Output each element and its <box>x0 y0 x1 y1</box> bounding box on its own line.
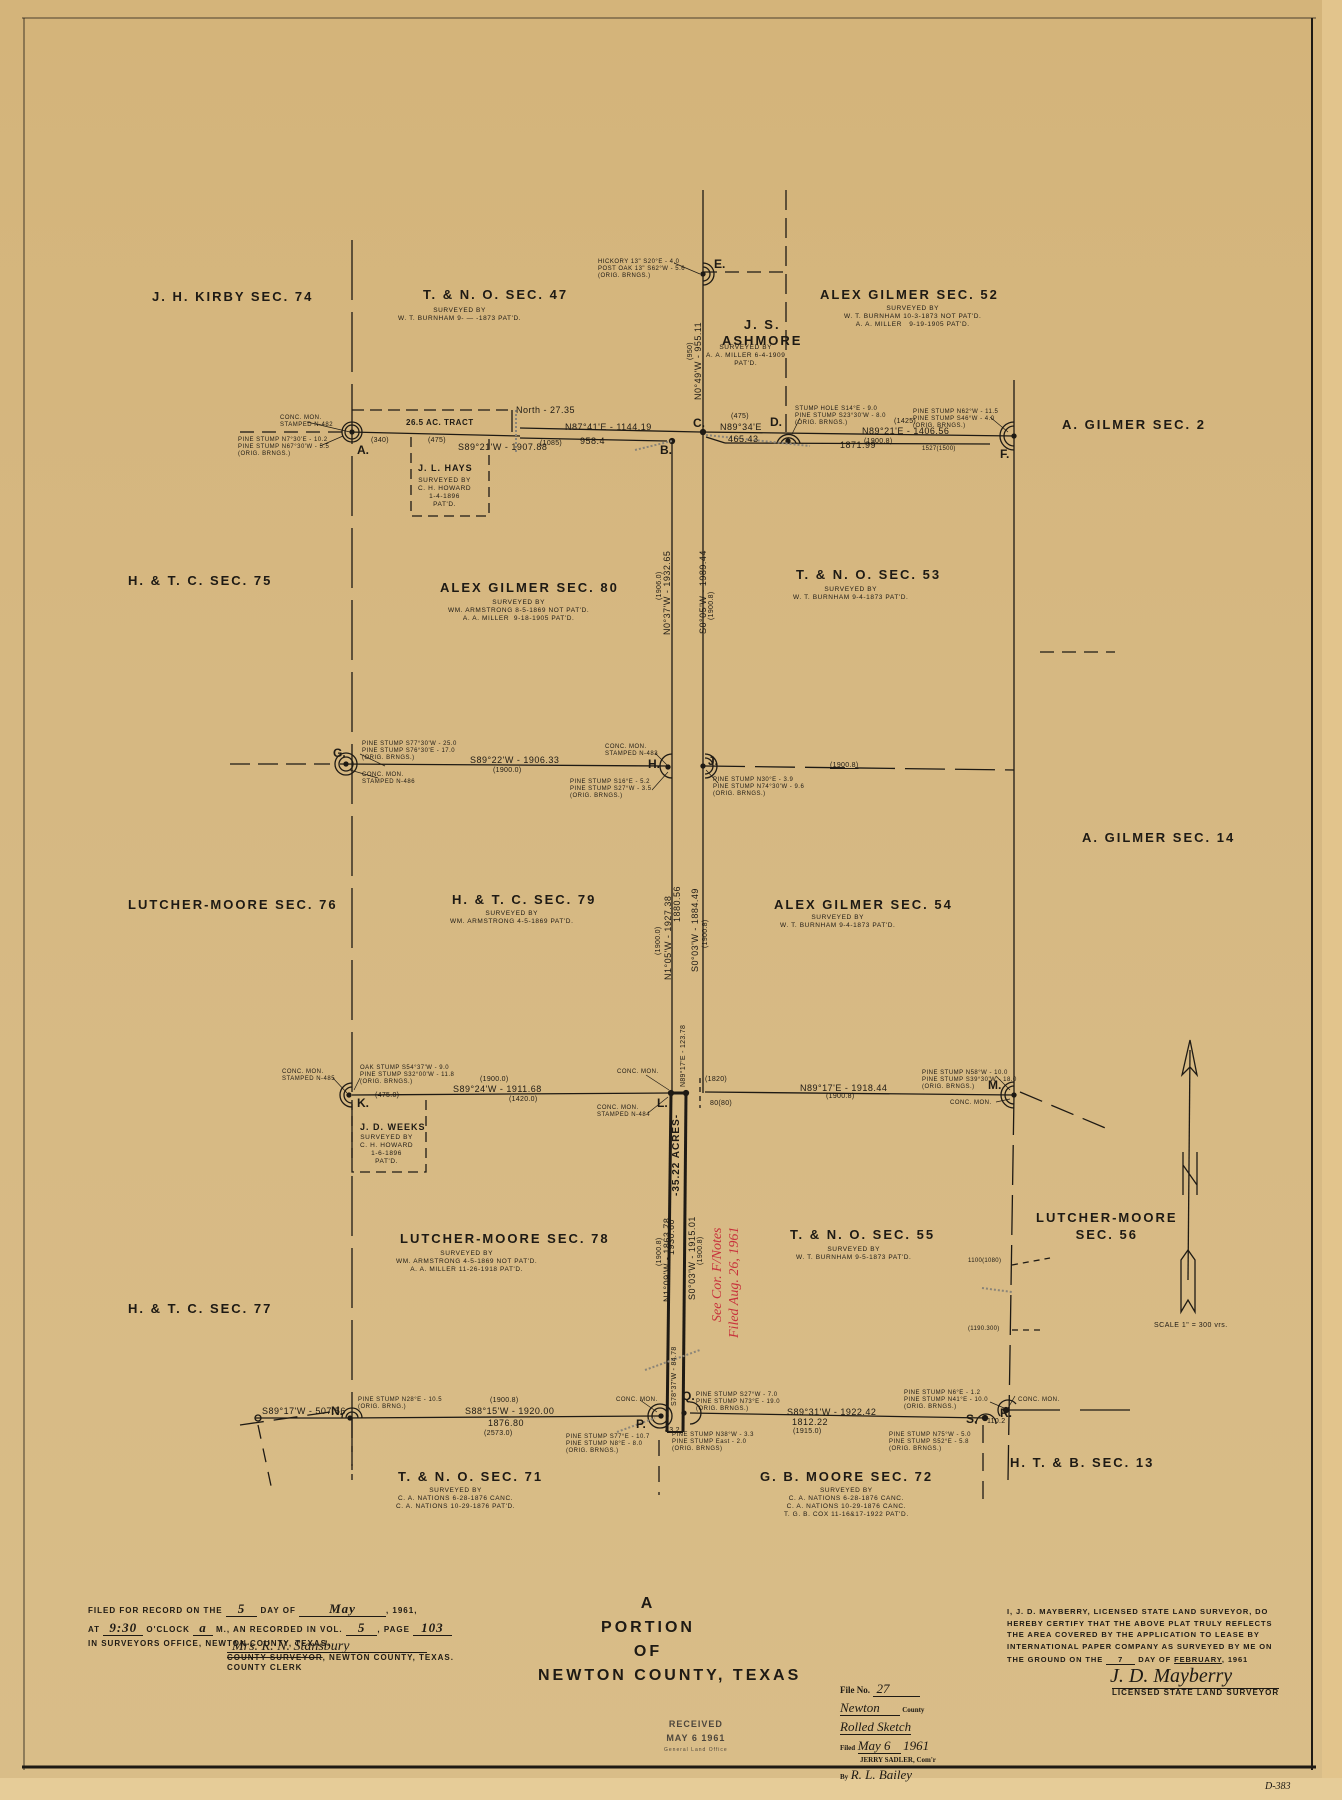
corner-d: D. <box>770 416 782 428</box>
bearing-north-27-35: North - 27.35 <box>516 406 575 415</box>
certificate-date: THE GROUND ON THE 7 DAY OF FEBRUARY, 196… <box>1007 1654 1248 1666</box>
distance-1085: (1085) <box>540 440 562 447</box>
title-line-3: OF <box>538 1640 758 1664</box>
corner-p: P. <box>636 1418 646 1430</box>
bearing-c-d: N89°34'E <box>720 423 762 432</box>
distance-1425: (1425) <box>894 418 916 425</box>
title-line-4: NEWTON COUNTY, TEXAS <box>538 1664 758 1688</box>
corner-d-bearing-trees: STUMP HOLE S14°E - 9.0 PINE STUMP S23°30… <box>795 406 886 428</box>
filing-text: M., AN RECORDED IN VOL. <box>216 1625 343 1634</box>
distance-1190: (1190.300) <box>968 1326 1000 1332</box>
bearing-n-p: S88°15'W - 1920.00 <box>465 1407 554 1416</box>
section-gilmer-2: A. GILMER SEC. 2 <box>1062 418 1206 431</box>
cert-text: THE GROUND ON THE <box>1007 1655 1103 1664</box>
corner-l: L. <box>657 1097 668 1109</box>
distance-l-m-record: (1900.8) <box>826 1093 854 1100</box>
bearing-c-e: N0°49'W - 955.11 <box>694 322 703 400</box>
clerk-county: , NEWTON COUNTY, TEXAS. <box>323 1653 454 1662</box>
distance-l-q-record: (1900.8) <box>697 1237 704 1265</box>
map-scale: SCALE 1" = 300 vrs. <box>1154 1322 1228 1329</box>
section-gilmer-54-surveyed: SURVEYED BY W. T. BURNHAM 9-4-1873 PAT'D… <box>780 914 895 930</box>
bearing-l-q: S0°03'W - 1915.01 <box>688 1216 697 1300</box>
commissioner: JERRY SADLER, Com'r <box>840 1755 936 1765</box>
distance-110-2: 110.2 <box>987 1418 1006 1425</box>
distance-950: (950) <box>687 342 694 360</box>
red-annotation-line2: Filed Aug. 26, 1961 <box>728 1227 742 1338</box>
clerk-title-block: COUNTY SURVEYOR, NEWTON COUNTY, TEXAS. C… <box>227 1652 427 1672</box>
corner-k-bearing-trees: OAK STUMP S54°37'W - 9.0 PINE STUMP S32°… <box>360 1065 454 1087</box>
county-label: County <box>902 1706 924 1714</box>
distance-2573: (2573.0) <box>484 1430 512 1437</box>
cert-text: DAY OF <box>1138 1655 1171 1664</box>
section-gilmer-52-surveyed: SURVEYED BY W. T. BURNHAM 10-3-1873 NOT … <box>844 305 981 329</box>
filing-day: 5 <box>226 1601 258 1617</box>
section-tno-71-surveyed: SURVEYED BY C. A. NATIONS 6-28-1876 CANC… <box>396 1487 515 1511</box>
distance-1527: 1527(1500) <box>922 446 956 452</box>
red-annotation-line1: See Cor. F/Notes <box>709 1228 727 1323</box>
corner-m-bearing-trees: PINE STUMP N58°W - 10.0 PINE STUMP S39°3… <box>922 1070 1017 1092</box>
section-lutcher-76: LUTCHER-MOORE SEC. 76 <box>128 898 338 911</box>
surveyor-signature: J. D. Mayberry <box>1110 1666 1232 1686</box>
section-htc-75: H. & T. C. SEC. 75 <box>128 574 272 587</box>
corner-q-bearing-trees: PINE STUMP S27°W - 7.0 PINE STUMP N73°E … <box>696 1392 780 1414</box>
tract-26-5-acres: 26.5 AC. TRACT <box>406 419 474 427</box>
received-date: MAY 6 1961 <box>664 1731 728 1745</box>
cert-day: 7 <box>1106 1655 1135 1665</box>
bearing-b-c: N87°41'E - 1144.19 <box>565 423 652 432</box>
distance-958: 958.4 <box>580 437 605 446</box>
section-gilmer-52: ALEX GILMER SEC. 52 <box>820 288 999 301</box>
section-jd-weeks: J. D. WEEKS <box>360 1123 426 1132</box>
bearing-c-j: S0°05'W - 1989.44 <box>699 550 708 634</box>
acreage-label: -35.22 ACRES- <box>672 1114 682 1196</box>
section-tno-47-surveyed: SURVEYED BY W. T. BURNHAM 9- — -1873 PAT… <box>398 307 521 323</box>
map-title: A PORTION OF NEWTON COUNTY, TEXAS <box>538 1592 758 1688</box>
corner-r-bearing-trees: PINE STUMP N6°E - 1.2 PINE STUMP N41°E -… <box>904 1390 988 1412</box>
distance-l-p-record: (1900.8) <box>656 1238 663 1266</box>
bearing-n-west: S89°17'W - 507.56 <box>262 1407 346 1416</box>
file-number: 27 <box>873 1681 920 1697</box>
received-office: General Land Office <box>664 1746 728 1754</box>
corner-e: E. <box>714 258 725 270</box>
section-ashmore-surveyed: SURVEYED BY A. A. MILLER 6-4-1909 PAT'D. <box>706 344 785 368</box>
filing-text: , PAGE <box>377 1625 410 1634</box>
distance-k-l-record: (1900.0) <box>480 1076 508 1083</box>
section-tno-71: T. & N. O. SEC. 71 <box>398 1470 543 1483</box>
filing-ampm: a <box>193 1620 213 1636</box>
distance-h-l-record: (1900.0) <box>655 927 662 955</box>
distance-c-d: 465.43 <box>728 435 759 444</box>
distance-q-r-record: (1915.0) <box>793 1428 821 1435</box>
file-label: File No. <box>840 1685 870 1695</box>
section-gilmer-80: ALEX GILMER SEC. 80 <box>440 581 619 594</box>
filed-label: Filed <box>840 1744 855 1752</box>
corner-m-monument: CONC. MON. <box>950 1100 992 1107</box>
corner-l-monument: CONC. MON. STAMPED N-484 <box>597 1105 650 1119</box>
section-lutcher-78-surveyed: SURVEYED BY WM. ARMSTRONG 4-5-1869 NOT P… <box>396 1250 537 1274</box>
filing-volume: 5 <box>346 1620 378 1636</box>
corner-q: Q. <box>682 1390 695 1402</box>
filing-text: FILED FOR RECORD ON THE <box>88 1606 223 1615</box>
filed-year: 1961 <box>903 1738 929 1753</box>
section-moore-72: G. B. MOORE SEC. 72 <box>760 1470 933 1483</box>
bearing-a-b: S89°21'W - 1907.88 <box>458 443 547 452</box>
distance-1100: 1100(1080) <box>968 1258 1001 1264</box>
distance-c-d-record: (475) <box>731 413 749 420</box>
section-gilmer-54: ALEX GILMER SEC. 54 <box>774 898 953 911</box>
distance-1820: (1820) <box>705 1076 727 1083</box>
corner-a-bearing-trees: PINE STUMP N7°30'E - 10.2 PINE STUMP N67… <box>238 437 329 459</box>
section-htc-77: H. & T. C. SEC. 77 <box>128 1302 272 1315</box>
bearing-q-r: S89°31'W - 1922.42 <box>787 1408 876 1417</box>
corner-j-bearing-trees: PINE STUMP N30°E - 3.9 PINE STUMP N74°30… <box>713 777 804 799</box>
corner-p-monument: CONC. MON. <box>616 1397 658 1404</box>
filing-text: O'CLOCK <box>146 1625 190 1634</box>
distance-1876: 1876.80 <box>488 1419 524 1428</box>
corner-j: J. <box>708 755 718 767</box>
section-htc-79: H. & T. C. SEC. 79 <box>452 893 596 906</box>
section-jd-weeks-surveyed: SURVEYED BY C. H. HOWARD 1-6-1896 PAT'D. <box>360 1134 413 1167</box>
section-jl-hays-surveyed: SURVEYED BY C. H. HOWARD 1-4-1896 PAT'D. <box>418 477 471 510</box>
filing-time: 9:30 <box>103 1620 143 1636</box>
distance-43-2: 43.2 <box>665 1427 680 1434</box>
corner-g-monument: CONC. MON. STAMPED N-486 <box>362 772 415 786</box>
surveyor-certificate: I, J. D. MAYBERRY, LICENSED STATE LAND S… <box>1007 1606 1272 1653</box>
corner-l-monument-top: CONC. MON. <box>617 1069 659 1076</box>
section-htc-79-surveyed: SURVEYED BY WM. ARMSTRONG 4-5-1869 PAT'D… <box>450 910 574 926</box>
title-line-2: PORTION <box>538 1616 758 1640</box>
distance-1871: 1871.99 <box>840 441 876 450</box>
distance-c-j-record: (1900.8) <box>708 592 715 620</box>
glo-filing-stamp: File No. 27 Newton County Rolled Sketch … <box>840 1680 936 1784</box>
section-tno-53: T. & N. O. SEC. 53 <box>796 568 941 581</box>
distance-g-h-record: (1900.0) <box>493 767 521 774</box>
corner-r-monument: CONC. MON. <box>1018 1397 1060 1404</box>
distance-1812: 1812.22 <box>792 1418 828 1427</box>
bearing-l-m: N89°17'E - 1918.44 <box>800 1084 887 1093</box>
section-moore-72-surveyed: SURVEYED BY C. A. NATIONS 6-28-1876 CANC… <box>784 1487 909 1520</box>
bearing-p-q: S78°37'W - 84.78 <box>671 1346 678 1406</box>
distance-1880: 1880.56 <box>673 886 682 922</box>
distance-j-record: (1900.8) <box>830 762 858 769</box>
corner-g: G. <box>333 747 346 759</box>
distance-1930: 1930.60 <box>667 1219 676 1255</box>
cert-month: FEBRUARY <box>1174 1655 1222 1664</box>
bearing-b-h: N0°37'W - 1932.65 <box>663 551 672 635</box>
corner-h: H. <box>648 758 660 770</box>
section-htb-13: H. T. & B. SEC. 13 <box>1010 1456 1154 1469</box>
section-gilmer-80-surveyed: SURVEYED BY WM. ARMSTRONG 8-5-1869 NOT P… <box>448 599 589 623</box>
distance-80: 80(80) <box>710 1100 732 1107</box>
corner-q-bearing-trees-2: PINE STUMP N38°W - 3.3 PINE STUMP East -… <box>672 1432 754 1454</box>
corner-k: K. <box>357 1097 369 1109</box>
corner-s-bearing-trees: PINE STUMP N75°W - 5.0 PINE STUMP S52°E … <box>889 1432 971 1454</box>
section-lutcher-56: LUTCHER-MOORE SEC. 56 <box>1036 1210 1178 1244</box>
corner-h-monument: CONC. MON. STAMPED N-483 <box>605 744 658 758</box>
corner-c: C. <box>693 417 705 429</box>
bearing-k-l: S89°24'W - 1911.68 <box>453 1085 542 1094</box>
bearing-l-short: N89°17'E - 123.78 <box>680 1025 687 1087</box>
file-type: Rolled Sketch <box>840 1719 911 1735</box>
distance-j-l-record: (1900.8) <box>702 920 709 948</box>
corner-a: A. <box>357 444 369 456</box>
sheet-id: D-383 <box>1265 1782 1291 1792</box>
bearing-g-h: S89°22'W - 1906.33 <box>470 756 559 765</box>
filing-text: DAY OF <box>261 1606 296 1615</box>
distance-340: (340) <box>371 437 389 444</box>
surveyor-title: LICENSED STATE LAND SURVEYOR <box>1112 1688 1279 1697</box>
corner-a-monument: CONC. MON. STAMPED N-482 <box>280 415 333 429</box>
filing-month: May <box>299 1601 386 1617</box>
struck-title: COUNTY SURVEYOR <box>227 1653 323 1662</box>
corner-e-bearing-trees: HICKORY 13" S20°E - 4.0 POST OAK 13" S62… <box>598 259 685 281</box>
corner-f: F. <box>1000 448 1009 460</box>
distance-n-p-record: (1900.8) <box>490 1397 518 1404</box>
distance-475-k: (475.0) <box>375 1092 399 1099</box>
received-stamp: RECEIVED MAY 6 1961 General Land Office <box>664 1717 728 1754</box>
corner-n-bearing-tree: PINE STUMP N28°E - 10.5 (ORIG. BRNG.) <box>358 1397 442 1411</box>
filing-page: 103 <box>413 1620 452 1636</box>
corner-g-bearing-trees: PINE STUMP S77°30'W - 25.0 PINE STUMP S7… <box>362 741 457 763</box>
by-signature: R. L. Bailey <box>851 1767 912 1782</box>
clerk-role: COUNTY CLERK <box>227 1663 427 1673</box>
corner-h-bearing-trees: PINE STUMP S16°E - 5.2 PINE STUMP S27°W … <box>570 779 652 801</box>
title-line-1: A <box>538 1592 758 1616</box>
filing-year: , 1961, <box>386 1606 417 1615</box>
distance-1906: (1906.0) <box>656 572 663 600</box>
section-gilmer-14: A. GILMER SEC. 14 <box>1082 831 1235 844</box>
corner-k-monument: CONC. MON. STAMPED N-485 <box>282 1069 335 1083</box>
section-jh-kirby-74: J. H. KIRBY SEC. 74 <box>152 290 313 303</box>
section-tno-55: T. & N. O. SEC. 55 <box>790 1228 935 1241</box>
distance-475: (475) <box>428 437 446 444</box>
section-tno-47: T. & N. O. SEC. 47 <box>423 288 568 301</box>
received-title: RECEIVED <box>664 1717 728 1731</box>
filed-date: May 6 <box>858 1738 901 1754</box>
bearing-j-l: S0°03'W - 1884.49 <box>691 888 700 972</box>
section-tno-53-surveyed: SURVEYED BY W. T. BURNHAM 9-4-1873 PAT'D… <box>793 586 908 602</box>
distance-1420: (1420.0) <box>509 1096 537 1103</box>
corner-p-bearing-trees: PINE STUMP S77°E - 10.7 PINE STUMP N8°E … <box>566 1434 650 1456</box>
file-county: Newton <box>840 1700 900 1716</box>
bearing-d-f: N89°21'E - 1406.56 <box>862 427 949 436</box>
corner-b: B. <box>660 444 672 456</box>
by-label: By <box>840 1773 848 1781</box>
filing-text: AT <box>88 1625 100 1634</box>
section-tno-55-surveyed: SURVEYED BY W. T. BURNHAM 9-5-1873 PAT'D… <box>796 1246 911 1262</box>
corner-s: S. <box>966 1413 977 1425</box>
cert-year: , 1961 <box>1222 1655 1248 1664</box>
section-lutcher-78: LUTCHER-MOORE SEC. 78 <box>400 1232 610 1245</box>
section-jl-hays: J. L. HAYS <box>418 464 473 473</box>
